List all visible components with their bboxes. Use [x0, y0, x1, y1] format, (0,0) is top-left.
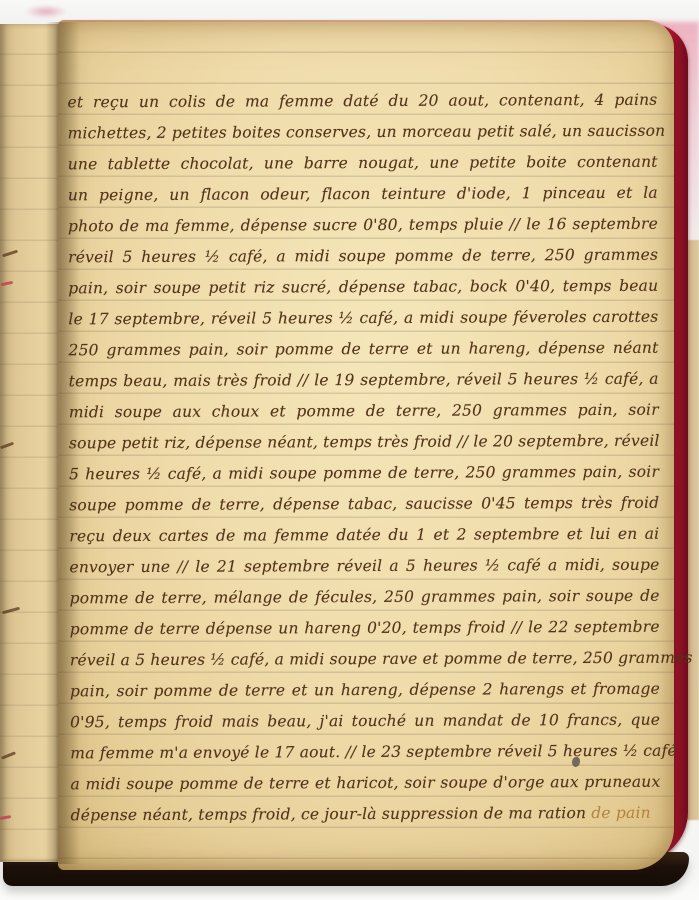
facing-page-ink-mark — [2, 250, 18, 258]
handwritten-lines: et reçu un colis de ma femme daté du 20 … — [67, 85, 660, 801]
facing-page-red-ink-mark — [0, 815, 11, 820]
handwritten-line: réveil 5 heures ½ café, a midi soupe pom… — [68, 240, 658, 274]
handwritten-line: pain, soir pomme de terre et un hareng, … — [70, 674, 660, 708]
handwritten-line-last-faded-word: de pain — [591, 804, 651, 822]
handwritten-line: soupe pomme de terre, dépense tabac, sau… — [69, 488, 659, 522]
handwritten-line: réveil a 5 heures ½ café, a midi soupe r… — [70, 643, 660, 677]
facing-page-ink-mark — [0, 442, 14, 450]
scanned-notebook: et reçu un colis de ma femme daté du 20 … — [0, 0, 699, 900]
facing-page-ink-mark — [1, 751, 16, 759]
handwritten-line: une tablette chocolat, une barre nougat,… — [68, 147, 658, 181]
notebook-page: et reçu un colis de ma femme daté du 20 … — [58, 20, 674, 870]
handwritten-line: 0'95, temps froid mais beau, j'ai touché… — [70, 705, 660, 739]
handwritten-line: 5 heures ½ café, a midi soupe pomme de t… — [69, 457, 659, 491]
handwritten-line: soupe petit riz, dépense néant, temps tr… — [69, 426, 659, 460]
facing-page-red-ink-mark — [1, 281, 13, 286]
handwritten-line: photo de ma femme, dépense sucre 0'80, t… — [68, 209, 658, 243]
previous-page-edge — [0, 24, 60, 862]
handwritten-line: pain, soir soupe petit riz sucré, dépens… — [68, 271, 658, 305]
handwritten-line: michettes, 2 petites boites conserves, u… — [68, 116, 658, 150]
handwritten-line: reçu deux cartes de ma femme datée du 1 … — [69, 519, 659, 553]
facing-page-ink-mark — [2, 607, 20, 615]
handwritten-line: le 17 septembre, réveil 5 heures ½ café,… — [68, 302, 658, 336]
handwritten-line: pomme de terre dépense un hareng 0'20, t… — [70, 612, 660, 646]
handwritten-line: temps beau, mais très froid // le 19 sep… — [69, 364, 659, 398]
handwritten-line-last: dépense néant, temps froid, ce jour-là s… — [70, 798, 660, 832]
handwritten-line: a midi soupe pomme de terre et haricot, … — [70, 767, 660, 801]
handwritten-line: et reçu un colis de ma femme daté du 20 … — [67, 85, 657, 119]
handwritten-text: et reçu un colis de ma femme daté du 20 … — [67, 85, 660, 832]
handwritten-line: un peigne, un flacon odeur, flacon teint… — [68, 178, 658, 212]
handwritten-line: 250 grammes pain, soir pomme de terre et… — [68, 333, 658, 367]
handwritten-line: envoyer une // le 21 septembre réveil a … — [69, 550, 659, 584]
handwritten-line: midi soupe aux choux et pomme de terre, … — [69, 395, 659, 429]
pink-smudge — [26, 5, 66, 18]
handwritten-line: pomme de terre, mélange de fécules, 250 … — [70, 581, 660, 615]
handwritten-line-last-text: dépense néant, temps froid, ce jour-là s… — [71, 804, 592, 824]
